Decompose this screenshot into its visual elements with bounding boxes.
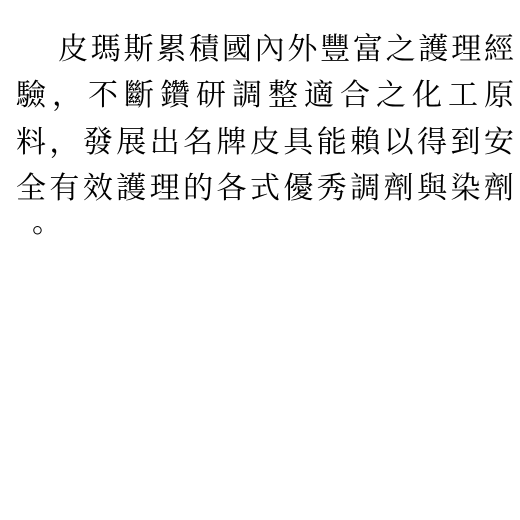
character: 經: [484, 35, 514, 65]
character: 護: [116, 174, 146, 204]
character: 外: [287, 35, 317, 65]
character: 調: [232, 81, 262, 111]
character: 劑: [484, 174, 514, 204]
character: 豐: [320, 35, 350, 65]
character: 式: [250, 174, 280, 204]
paragraph-line: 驗，不斷鑽研調整適合之化工原: [16, 73, 514, 119]
character: 秀: [317, 174, 347, 204]
character: 工: [448, 81, 478, 111]
character: 得: [417, 128, 447, 158]
character: 積: [189, 35, 219, 65]
character: 合: [340, 81, 370, 111]
character: 之: [386, 35, 416, 65]
character: 展: [116, 128, 146, 158]
character: 各: [217, 174, 247, 204]
character: 的: [183, 174, 213, 204]
page: 皮瑪斯累積國內外豐富之護理經驗，不斷鑽研調整適合之化工原料，發展出名牌皮具能賴以…: [0, 0, 520, 520]
character: 有: [49, 174, 79, 204]
character: 之: [376, 81, 406, 111]
character: 名: [183, 128, 213, 158]
character: ，: [49, 128, 79, 158]
character: 內: [255, 35, 285, 65]
character: 全: [16, 174, 46, 204]
character: 驗: [16, 81, 46, 111]
character: 原: [484, 81, 514, 111]
character: 整: [268, 81, 298, 111]
character: 染: [450, 174, 480, 204]
character: 安: [484, 128, 514, 158]
character: 國: [222, 35, 252, 65]
character: 具: [283, 128, 313, 158]
character: 效: [83, 174, 113, 204]
character: 累: [156, 35, 186, 65]
character: 發: [83, 128, 113, 158]
character: 與: [417, 174, 447, 204]
character: 不: [88, 81, 118, 111]
document-paragraph: 皮瑪斯累積國內外豐富之護理經驗，不斷鑽研調整適合之化工原料，發展出名牌皮具能賴以…: [16, 0, 514, 246]
character: 調: [350, 174, 380, 204]
character: 能: [317, 128, 347, 158]
character: 鑽: [160, 81, 190, 111]
character: 以: [384, 128, 414, 158]
paragraph-line: 皮瑪斯累積國內外豐富之護理經: [16, 27, 514, 73]
character: 理: [451, 35, 481, 65]
character: 出: [150, 128, 180, 158]
character: ，: [52, 81, 82, 111]
character: 適: [304, 81, 334, 111]
character: 賴: [350, 128, 380, 158]
character: 理: [150, 174, 180, 204]
character: 到: [450, 128, 480, 158]
character: 皮: [250, 128, 280, 158]
character: 瑪: [91, 35, 121, 65]
character: 。: [32, 208, 62, 238]
character: 富: [353, 35, 383, 65]
character: 優: [283, 174, 313, 204]
character: 斯: [124, 35, 154, 65]
paragraph-line: 。: [16, 200, 514, 246]
paragraph-line: 料，發展出名牌皮具能賴以得到安: [16, 120, 514, 166]
character: 斷: [124, 81, 154, 111]
character: 研: [196, 81, 226, 111]
character: 料: [16, 128, 46, 158]
character: 化: [412, 81, 442, 111]
character: 護: [418, 35, 448, 65]
character: 劑: [384, 174, 414, 204]
character: 牌: [217, 128, 247, 158]
character: 皮: [58, 35, 88, 65]
